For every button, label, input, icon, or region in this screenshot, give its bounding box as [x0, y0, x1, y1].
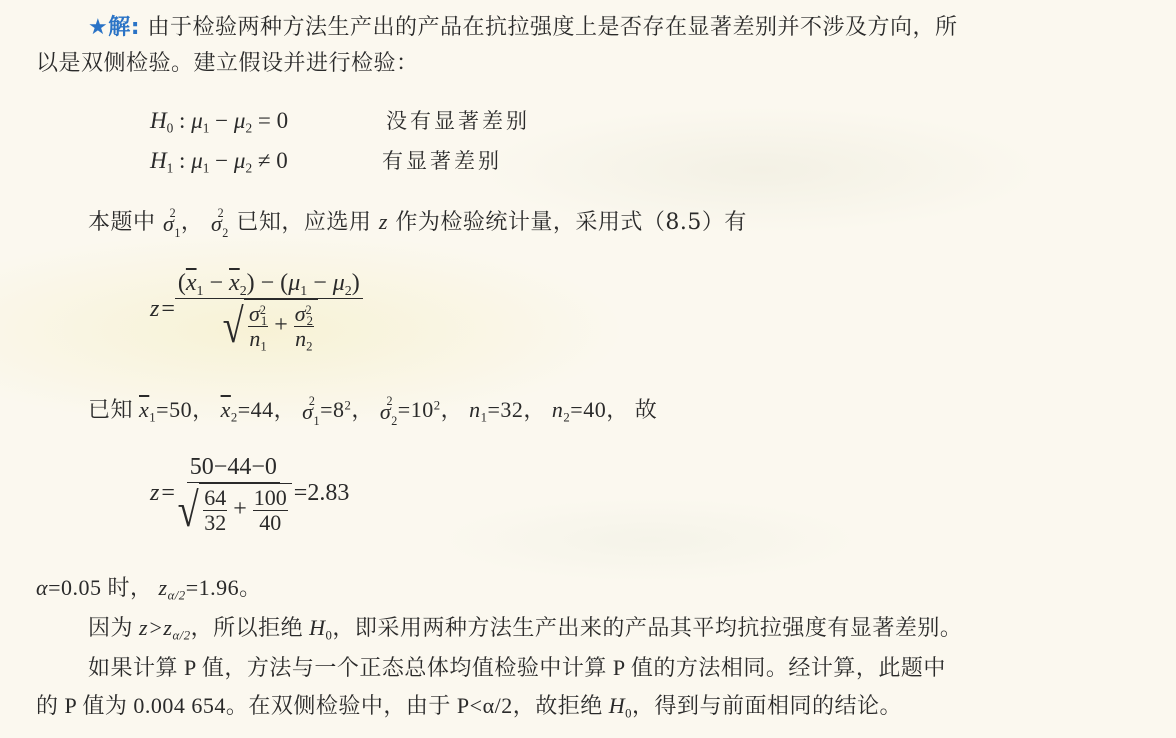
given-values: 已知 x1=50， x2=44， σ21=82， σ22=102， n1=32，…: [88, 396, 657, 427]
solution-line-1: ★解: 由于检验两种方法生产出的产品在抗拉强度上是否存在显著差别并不涉及方向，所: [88, 14, 958, 42]
solution-marker: ★解: [88, 15, 131, 40]
conclusion: 因为 z>zα/2，所以拒绝 H0，即采用两种方法生产出来的产品其平均抗拉强度有…: [88, 614, 962, 642]
solution-text-1: 由于检验两种方法生产出的产品在抗拉强度上是否存在显著差别并不涉及方向，所: [148, 15, 958, 40]
hypothesis-h1: H1 : μ1 − μ2 ≠ 0有显著差别: [150, 146, 502, 176]
solution-line-2: 以是双侧检验。建立假设并进行检验：: [36, 50, 419, 78]
hypothesis-h0: H0 : μ1 − μ2 = 0没有显著差别: [150, 106, 530, 136]
pvalue-line-1: 如果计算 P 值，方法与一个正态总体均值检验中计算 P 值的方法相同。经计算，此…: [88, 654, 946, 682]
z-formula: z= (x1 − x2) − (μ1 − μ2) √ σ21n1 + σ22n2: [150, 268, 363, 351]
pvalue-line-2: 的 P 值为 0.004 654。在双侧检验中，由于 P<α/2，故拒绝 H0，…: [36, 692, 902, 720]
z-calculation: z= 50−44−0 √ 6432 + 10040 =2.83: [150, 452, 349, 535]
z-calculation-fraction: 50−44−0 √ 6432 + 10040: [175, 452, 292, 535]
solution-text-2: 以是双侧检验。建立假设并进行检验：: [36, 51, 419, 76]
statistic-intro: 本题中 σ21， σ22 已知，应选用 z 作为检验统计量，采用式（8.5）有: [88, 208, 747, 239]
hypothesis-h1-meaning: 有显著差别: [382, 149, 502, 173]
hypothesis-h0-meaning: 没有显著差别: [386, 109, 530, 133]
critical-value: α=0.05 时， zα/2=1.96。: [36, 574, 262, 602]
z-formula-fraction: (x1 − x2) − (μ1 − μ2) √ σ21n1 + σ22n2: [175, 268, 363, 351]
z-result: =2.83: [294, 480, 350, 507]
